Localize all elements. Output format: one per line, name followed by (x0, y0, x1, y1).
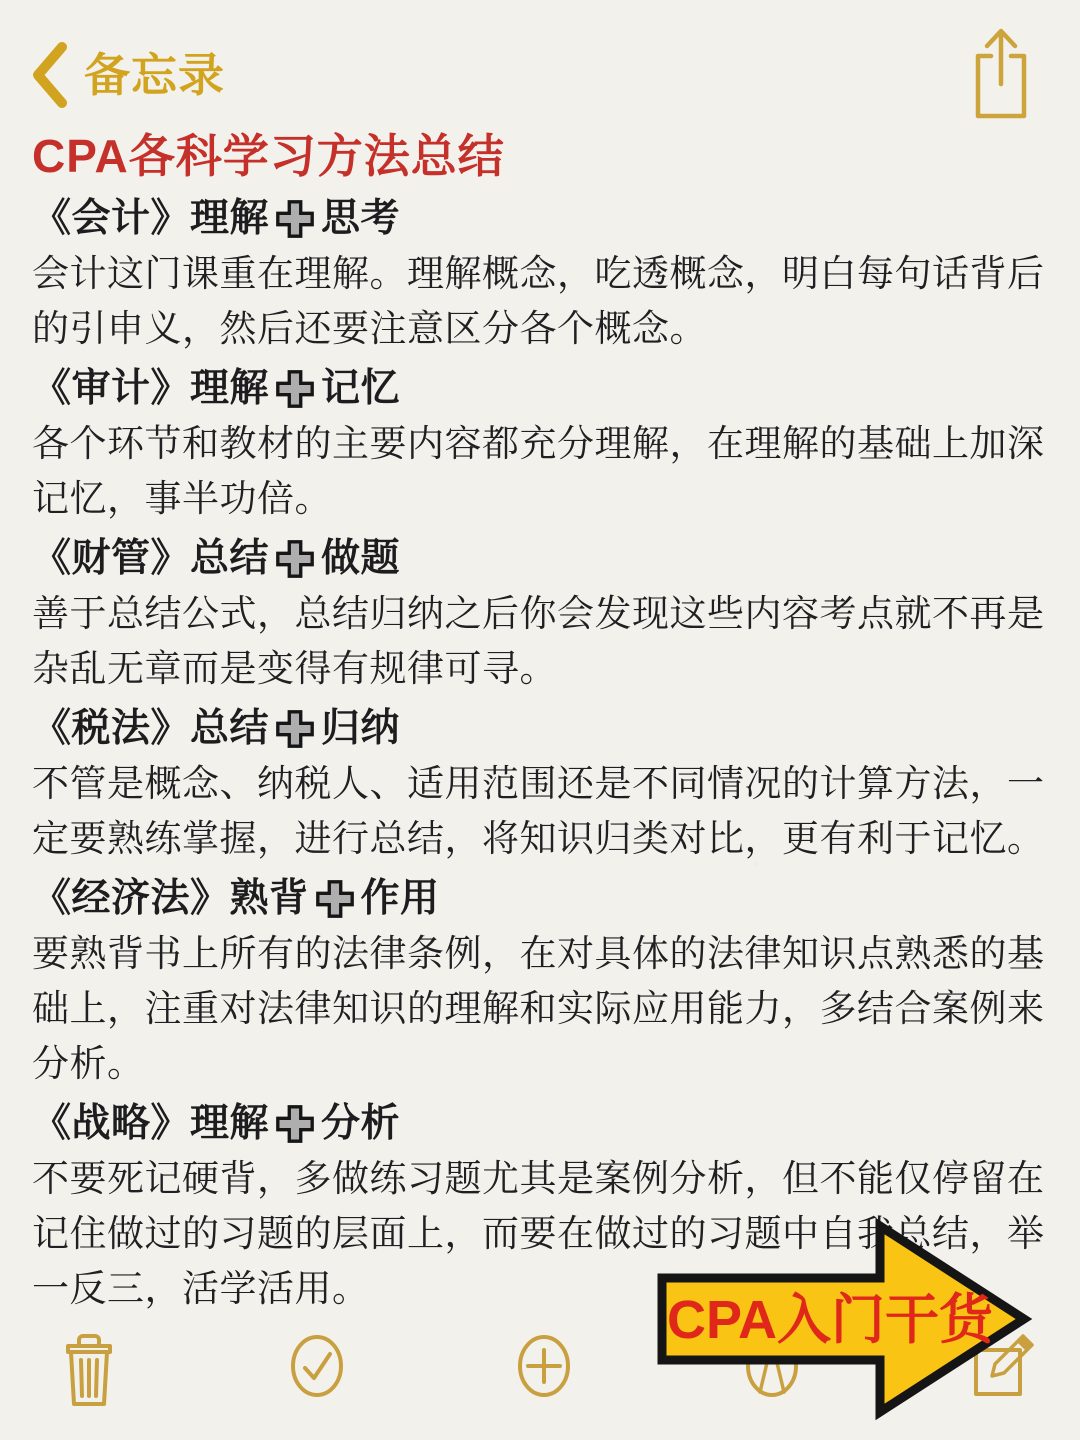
plus-icon (274, 198, 316, 240)
section-heading-left: 《财管》总结 (32, 534, 269, 584)
arrow-badge-label: CPA入门干货 (667, 1290, 996, 1350)
section-heading: 《税法》总结 归纳 (32, 704, 1045, 754)
checkmark-circle-icon (288, 1330, 346, 1402)
share-button[interactable] (972, 26, 1030, 123)
note-section: 《财管》总结 做题 善于总结公式，总结归纳之后你会发现这些内容考点就不再是杂乱无… (32, 534, 1045, 696)
section-body: 善于总结公式，总结归纳之后你会发现这些内容考点就不再是杂乱无章而是变得有规律可寻… (32, 586, 1045, 696)
back-button[interactable]: 备忘录 (30, 42, 225, 108)
section-heading-right: 作用 (361, 874, 440, 924)
note-section: 《经济法》熟背 作用 要熟背书上所有的法律条例，在对具体的法律知识点熟悉的基础上… (32, 874, 1045, 1091)
note-section: 《会计》理解 思考 会计这门课重在理解。理解概念，吃透概念，明白每句话背后的引申… (32, 194, 1045, 356)
section-body: 各个环节和教材的主要内容都充分理解，在理解的基础上加深记忆，事半功倍。 (32, 416, 1045, 526)
section-heading: 《财管》总结 做题 (32, 534, 1045, 584)
plus-icon (274, 708, 316, 750)
section-heading: 《经济法》熟背 作用 (32, 874, 1045, 924)
trash-icon (60, 1330, 118, 1410)
note-title: CPA各科学习方法总结 (32, 126, 1045, 186)
note-sections: 《会计》理解 思考 会计这门课重在理解。理解概念，吃透概念，明白每句话背后的引申… (32, 194, 1045, 1316)
section-heading-left: 《战略》理解 (32, 1099, 269, 1149)
checklist-button[interactable] (288, 1330, 346, 1402)
plus-icon (274, 368, 316, 410)
section-body: 要熟背书上所有的法律条例，在对具体的法律知识点熟悉的基础上，注重对法律知识的理解… (32, 926, 1045, 1091)
chevron-left-icon (30, 42, 70, 108)
nav-bar: 备忘录 (0, 0, 1080, 126)
section-heading-right: 分析 (321, 1099, 400, 1149)
plus-circle-icon (515, 1330, 573, 1402)
plus-icon (274, 1103, 316, 1145)
add-button[interactable] (515, 1330, 573, 1402)
plus-icon (314, 878, 356, 920)
section-heading-right: 归纳 (321, 704, 400, 754)
section-heading: 《战略》理解 分析 (32, 1099, 1045, 1149)
section-body: 不管是概念、纳税人、适用范围还是不同情况的计算方法，一定要熟练掌握，进行总结，将… (32, 756, 1045, 866)
notes-app-screen: 备忘录 CPA各科学习方法总结 《会计》理解 思考 会计这门课 (0, 0, 1080, 1440)
section-heading-right: 思考 (321, 194, 400, 244)
plus-icon (274, 538, 316, 580)
section-heading-right: 做题 (321, 534, 400, 584)
section-heading-left: 《会计》理解 (32, 194, 269, 244)
back-label: 备忘录 (84, 52, 225, 98)
section-heading-right: 记忆 (321, 364, 400, 414)
share-icon (972, 26, 1030, 120)
section-heading: 《会计》理解 思考 (32, 194, 1045, 244)
section-body: 会计这门课重在理解。理解概念，吃透概念，明白每句话背后的引申义，然后还要注意区分… (32, 246, 1045, 356)
note-section: 《税法》总结 归纳 不管是概念、纳税人、适用范围还是不同情况的计算方法，一定要熟… (32, 704, 1045, 866)
section-heading-left: 《经济法》熟背 (32, 874, 309, 924)
delete-button[interactable] (60, 1330, 118, 1410)
section-heading-left: 《税法》总结 (32, 704, 269, 754)
section-heading-left: 《审计》理解 (32, 364, 269, 414)
cpa-arrow-badge: CPA入门干货 (652, 1216, 1036, 1424)
note-content[interactable]: CPA各科学习方法总结 《会计》理解 思考 会计这门课重在理解。理解概念，吃透概… (0, 126, 1080, 1316)
note-section: 《审计》理解 记忆 各个环节和教材的主要内容都充分理解，在理解的基础上加深记忆，… (32, 364, 1045, 526)
section-heading: 《审计》理解 记忆 (32, 364, 1045, 414)
